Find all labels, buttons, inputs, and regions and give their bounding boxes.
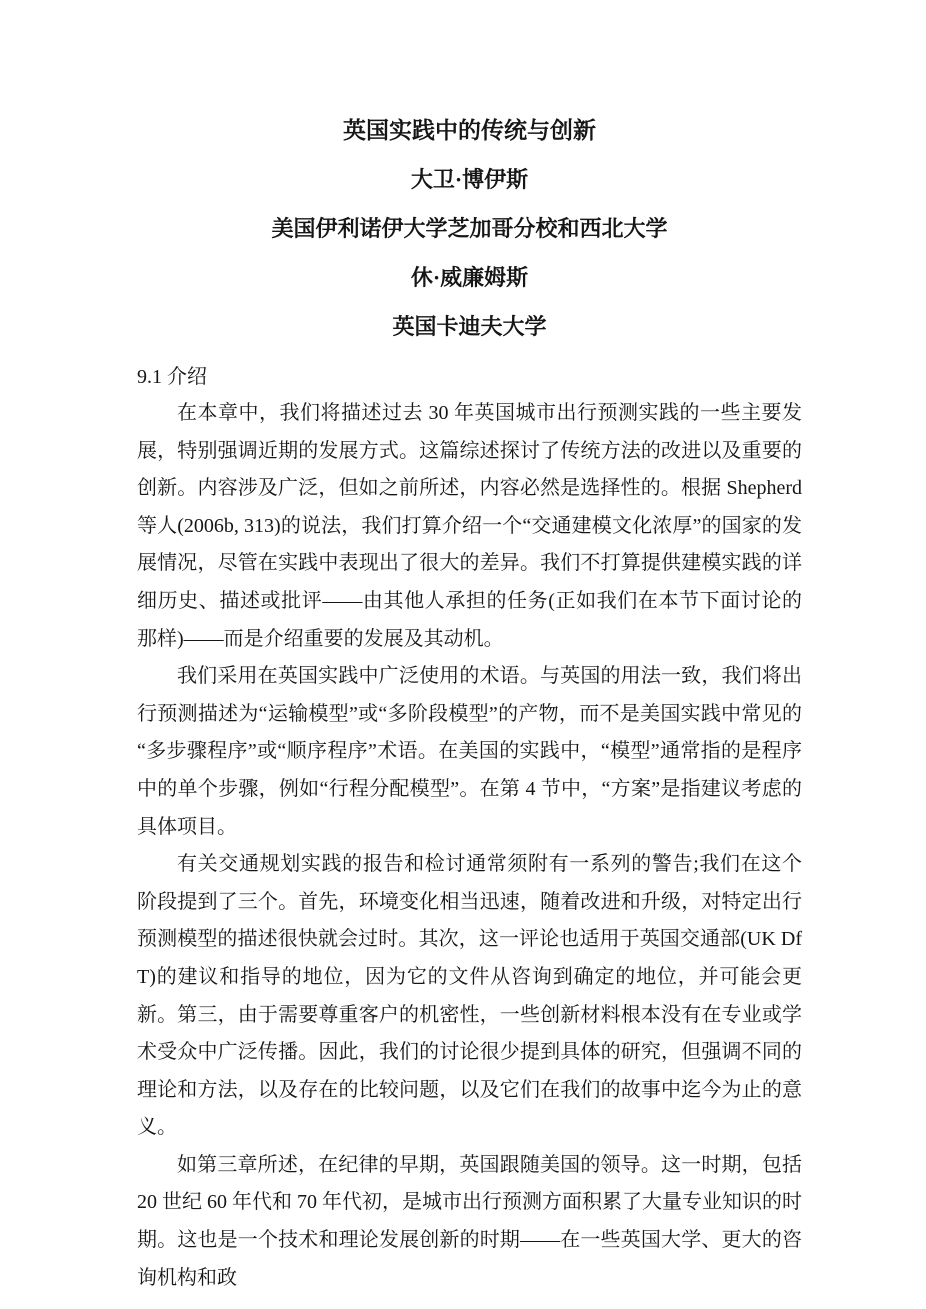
paragraph-2: 我们采用在英国实践中广泛使用的术语。与英国的用法一致，我们将出行预测描述为“运输… <box>137 658 802 846</box>
page-title: 英国实践中的传统与创新 <box>137 106 802 155</box>
affiliation-2: 英国卡迪夫大学 <box>137 302 802 351</box>
affiliation-1: 美国伊利诺伊大学芝加哥分校和西北大学 <box>137 204 802 253</box>
body-text: 在本章中，我们将描述过去 30 年英国城市出行预测实践的一些主要发展，特别强调近… <box>137 395 802 1297</box>
section-heading: 9.1 介绍 <box>137 361 802 393</box>
author-name-1: 大卫·博伊斯 <box>137 155 802 204</box>
paragraph-1: 在本章中，我们将描述过去 30 年英国城市出行预测实践的一些主要发展，特别强调近… <box>137 395 802 658</box>
document-header: 英国实践中的传统与创新 大卫·博伊斯 美国伊利诺伊大学芝加哥分校和西北大学 休·… <box>137 106 802 351</box>
author-name-2: 休·威廉姆斯 <box>137 253 802 302</box>
paragraph-4: 如第三章所述，在纪律的早期，英国跟随美国的领导。这一时期，包括 20 世纪 60… <box>137 1147 802 1297</box>
document-page: 英国实践中的传统与创新 大卫·博伊斯 美国伊利诺伊大学芝加哥分校和西北大学 休·… <box>0 0 926 1309</box>
paragraph-3: 有关交通规划实践的报告和检讨通常须附有一系列的警告;我们在这个阶段提到了三个。首… <box>137 846 802 1147</box>
